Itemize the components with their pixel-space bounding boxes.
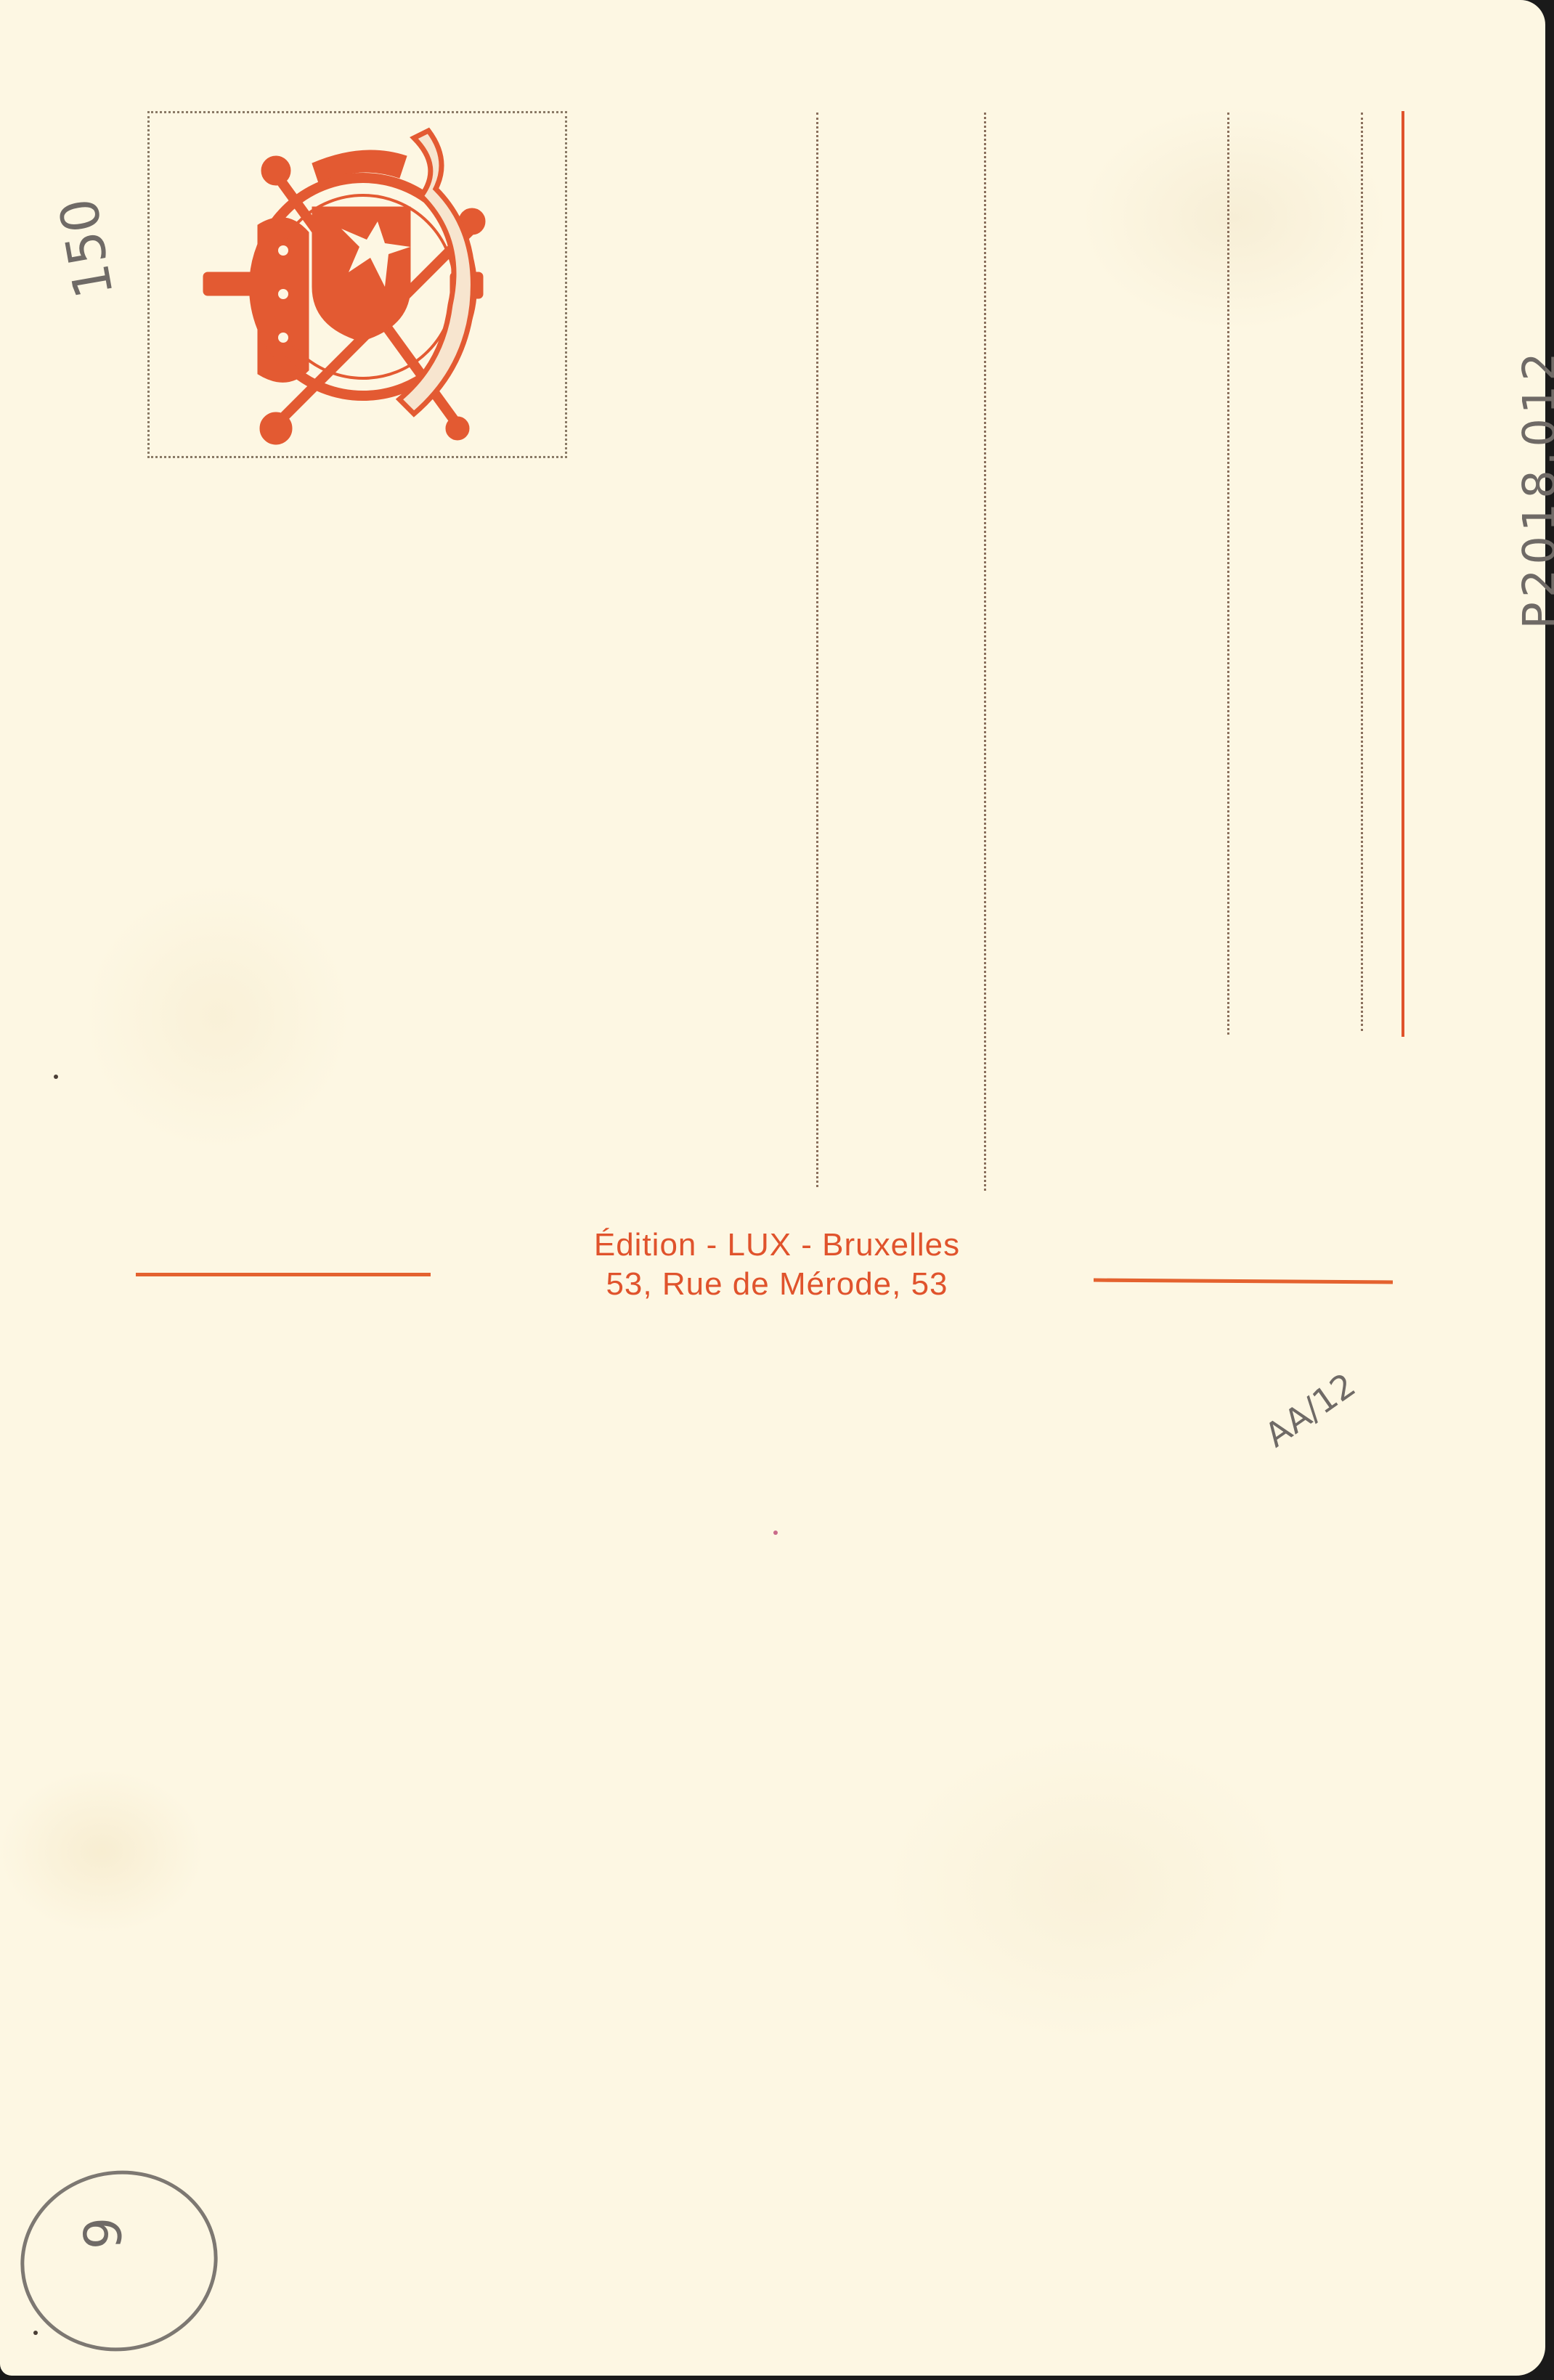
- address-line-2: [984, 113, 986, 1191]
- divider-right: [1094, 1279, 1393, 1284]
- handwritten-corner-number: 150: [47, 194, 125, 303]
- publisher-imprint: Édition - LUX - Bruxelles 53, Rue de Mér…: [436, 1226, 1118, 1304]
- publisher-name: Édition - LUX - Bruxelles: [436, 1226, 1118, 1265]
- paper-speck: [54, 1075, 58, 1079]
- handwritten-reference-number: P2018.012: [1513, 383, 1554, 629]
- ink-speck: [773, 1531, 778, 1535]
- address-line-3: [1227, 113, 1229, 1035]
- belgian-coat-of-arms-icon: [196, 120, 523, 454]
- address-line-1: [816, 113, 818, 1187]
- publisher-address: 53, Rue de Mérode, 53: [436, 1265, 1118, 1304]
- address-line-4: [1361, 113, 1363, 1031]
- handwritten-circle: [7, 2155, 232, 2366]
- handwritten-circled-digit: 9: [73, 2217, 133, 2250]
- handwritten-fraction: AA/12: [1258, 1365, 1362, 1455]
- postcard-back: Édition - LUX - Bruxelles 53, Rue de Mér…: [0, 0, 1545, 2376]
- address-border-line: [1402, 111, 1404, 1037]
- divider-left: [136, 1273, 431, 1276]
- paper-speck: [33, 2331, 38, 2335]
